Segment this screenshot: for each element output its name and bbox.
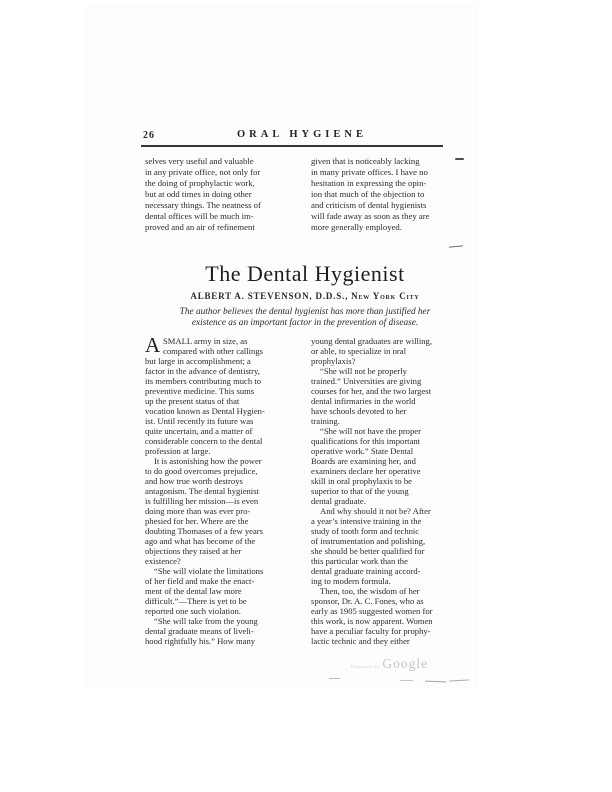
paragraph: It is astonishing how the power to do go… bbox=[145, 456, 308, 566]
scanned-journal-page: 26 ORAL HYGIENE selves very useful and v… bbox=[0, 0, 612, 792]
scan-edge-artifact bbox=[400, 680, 413, 681]
paragraph: And why should it not be? After a year’s… bbox=[311, 506, 470, 586]
article-right-column: young dental graduates are willing, or a… bbox=[311, 336, 470, 646]
paragraph: Then, too, the wisdom of her sponsor, Dr… bbox=[311, 586, 470, 646]
paragraph: “She will not be properly trained.” Univ… bbox=[311, 366, 470, 426]
journal-title: ORAL HYGIENE bbox=[142, 129, 462, 140]
pencil-mark bbox=[455, 158, 464, 160]
header-rule bbox=[141, 145, 443, 147]
paragraph: ASMALL army in size, as compared with ot… bbox=[145, 336, 308, 456]
paragraph-text: SMALL army in size, as compared with oth… bbox=[145, 336, 265, 456]
paragraph: young dental graduates are willing, or a… bbox=[311, 336, 470, 366]
dropcap-letter: A bbox=[145, 336, 163, 355]
article-byline: ALBERT A. STEVENSON, D.D.S., New York Ci… bbox=[142, 291, 468, 301]
scan-edge-artifact bbox=[329, 678, 340, 679]
intro-right-column: given that is noticeably lacking in many… bbox=[311, 156, 470, 233]
paragraph: “She will not have the proper qualificat… bbox=[311, 426, 470, 506]
article-title: The Dental Hygienist bbox=[142, 261, 468, 287]
intro-left-column: selves very useful and valuable in any p… bbox=[145, 156, 308, 233]
google-logo: Google bbox=[382, 656, 428, 672]
paragraph: “She will take from the young dental gra… bbox=[145, 616, 308, 646]
digitized-by-watermark: Digitized by Google bbox=[351, 656, 428, 672]
article-left-column: ASMALL army in size, as compared with ot… bbox=[145, 336, 308, 646]
article-epigraph: The author believes the dental hygienist… bbox=[142, 307, 468, 329]
paragraph: “She will violate the limitations of her… bbox=[145, 566, 308, 616]
watermark-prefix: Digitized by bbox=[351, 664, 379, 669]
